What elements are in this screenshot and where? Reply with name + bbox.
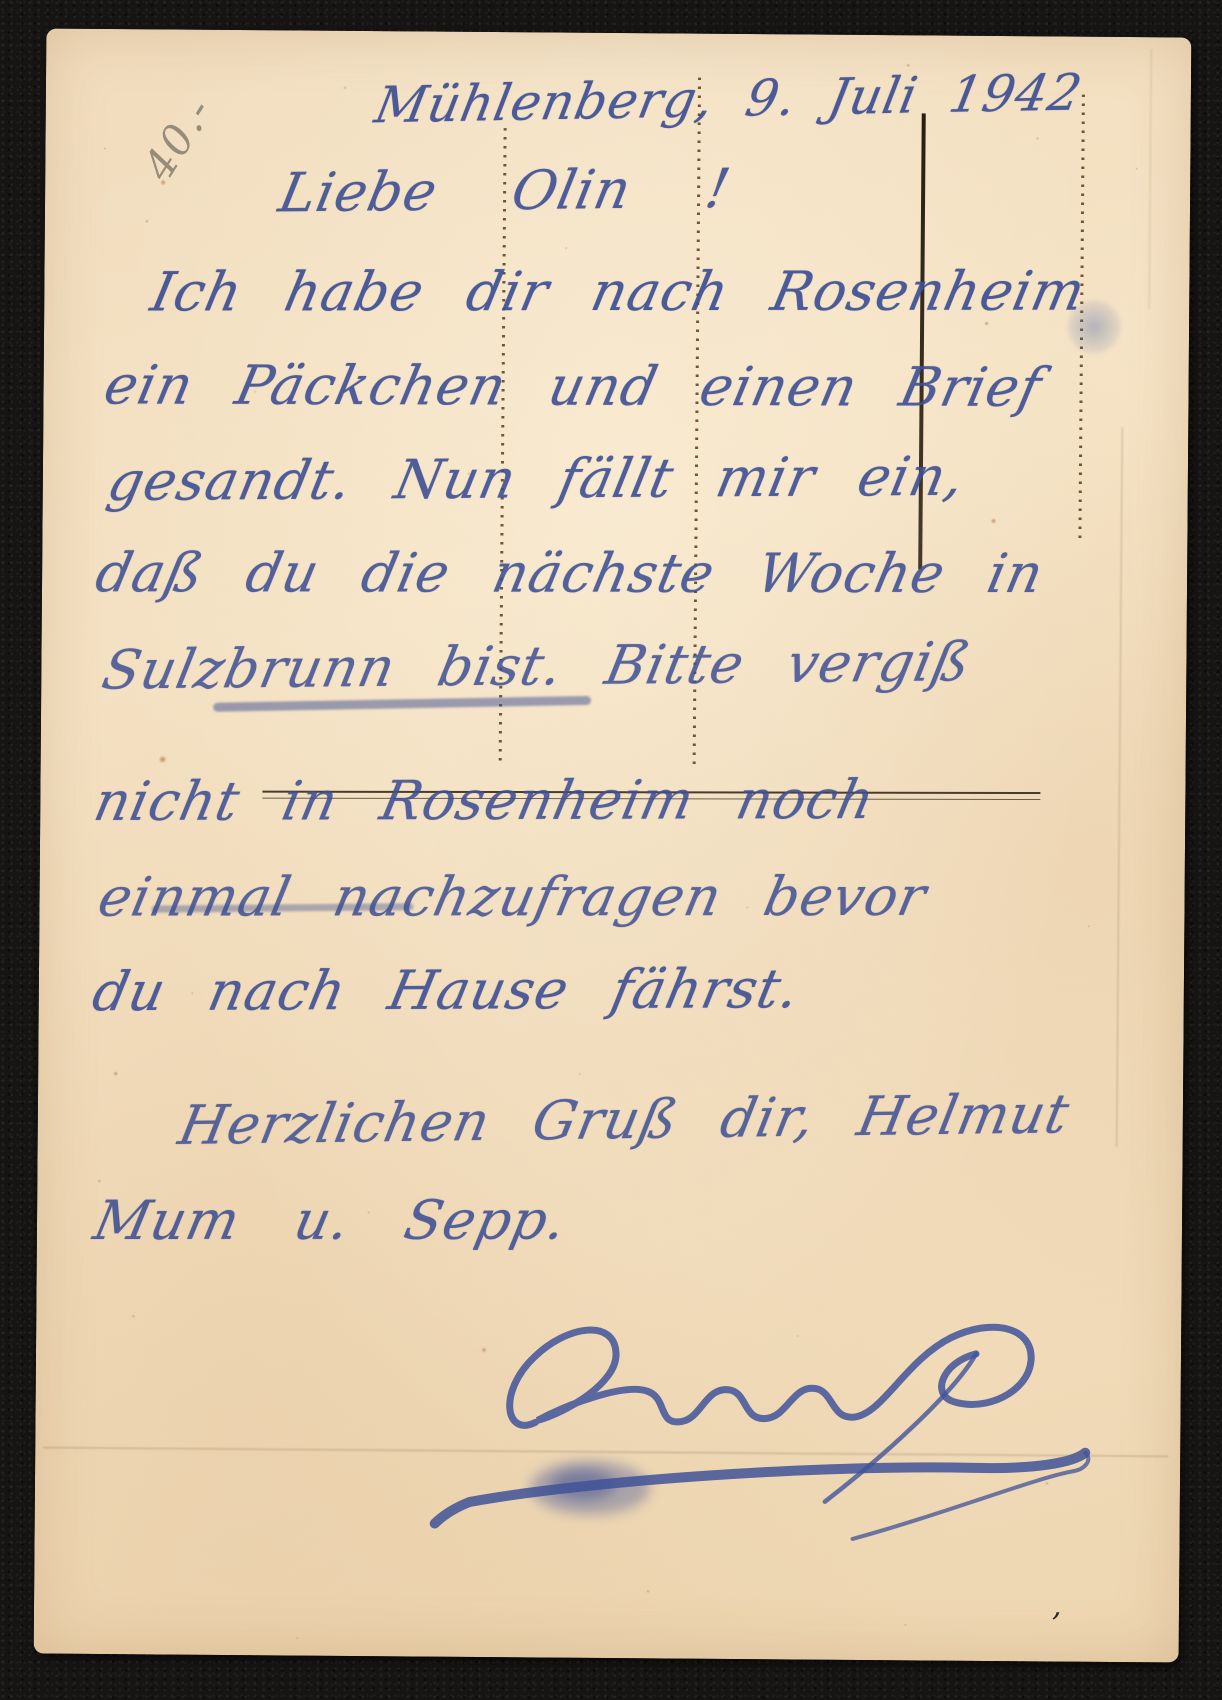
foxing-spot (746, 906, 749, 909)
dateline: Mühlenberg, 9. Juli 1942 (371, 67, 1086, 130)
foxing-spot (103, 147, 106, 150)
stray-ink-mark: , (1052, 1588, 1062, 1623)
foxing-spot (578, 1073, 581, 1076)
foxing-spot (984, 321, 989, 326)
signature-flourish (384, 1261, 1126, 1567)
foxing-spot (904, 1623, 907, 1626)
foxing-spot (113, 1071, 118, 1076)
foxing-spot (131, 1314, 135, 1318)
foxing-spot (145, 219, 149, 223)
foxing-spot (191, 992, 194, 995)
foxing-spot (97, 1179, 101, 1183)
foxing-spot (296, 1637, 299, 1640)
foxing-spot (367, 1211, 370, 1214)
embossed-edge-line (1148, 49, 1152, 309)
foxing-spot (467, 472, 471, 476)
salutation: Liebe Olin ! (275, 162, 735, 220)
foxing-spots (46, 29, 1191, 38)
foxing-spot (565, 247, 568, 250)
handwriting-line: nicht in Rosenheim noch (90, 773, 880, 829)
foxing-spot (1045, 1481, 1049, 1485)
foxing-spot (159, 755, 167, 763)
ink-smudge (1066, 299, 1122, 355)
handwriting-line: gesandt. Nun fällt mir ein, (103, 450, 969, 509)
message-body: Ich habe dir nach Rosenheimein Päckchen … (46, 29, 1191, 38)
foxing-spot (906, 63, 910, 67)
handwriting-line: ein Päckchen und einen Brief (100, 358, 1047, 414)
handwriting-line: Ich habe dir nach Rosenheim (147, 265, 1090, 320)
foxing-spot (1036, 136, 1040, 140)
handwriting-line: Sulzbrunn bist. Bitte vergiß (98, 635, 976, 697)
paper-crease (1116, 427, 1124, 1147)
postcard: 40.- Mühlenberg, 9. Juli 1942 Liebe Olin… (34, 29, 1192, 1663)
pencil-price-mark: 40.- (133, 87, 222, 188)
foxing-spot (127, 549, 130, 552)
handwriting-line: du nach Hause fährst. (88, 962, 804, 1019)
foxing-spot (991, 518, 997, 524)
foxing-spot (343, 86, 347, 90)
foxing-spot (1087, 925, 1090, 928)
closing-line: Herzlichen Gruß dir, Helmut (174, 1087, 1073, 1153)
foxing-spot (796, 1334, 799, 1337)
foxing-spot (160, 179, 166, 185)
foxing-spot (646, 1589, 650, 1593)
photo-of-postcard: { "postcard": { "pencil_price_mark": "40… (0, 0, 1222, 1700)
handwriting-line: daß du die nächste Woche in (91, 546, 1048, 601)
foxing-spot (254, 390, 257, 393)
foxing-spot (481, 1347, 487, 1353)
closing-line: Mum u. Sepp. (89, 1194, 571, 1248)
foxing-spot (1135, 167, 1138, 170)
handwriting-line: einmal nachzufragen bevor (94, 870, 931, 925)
